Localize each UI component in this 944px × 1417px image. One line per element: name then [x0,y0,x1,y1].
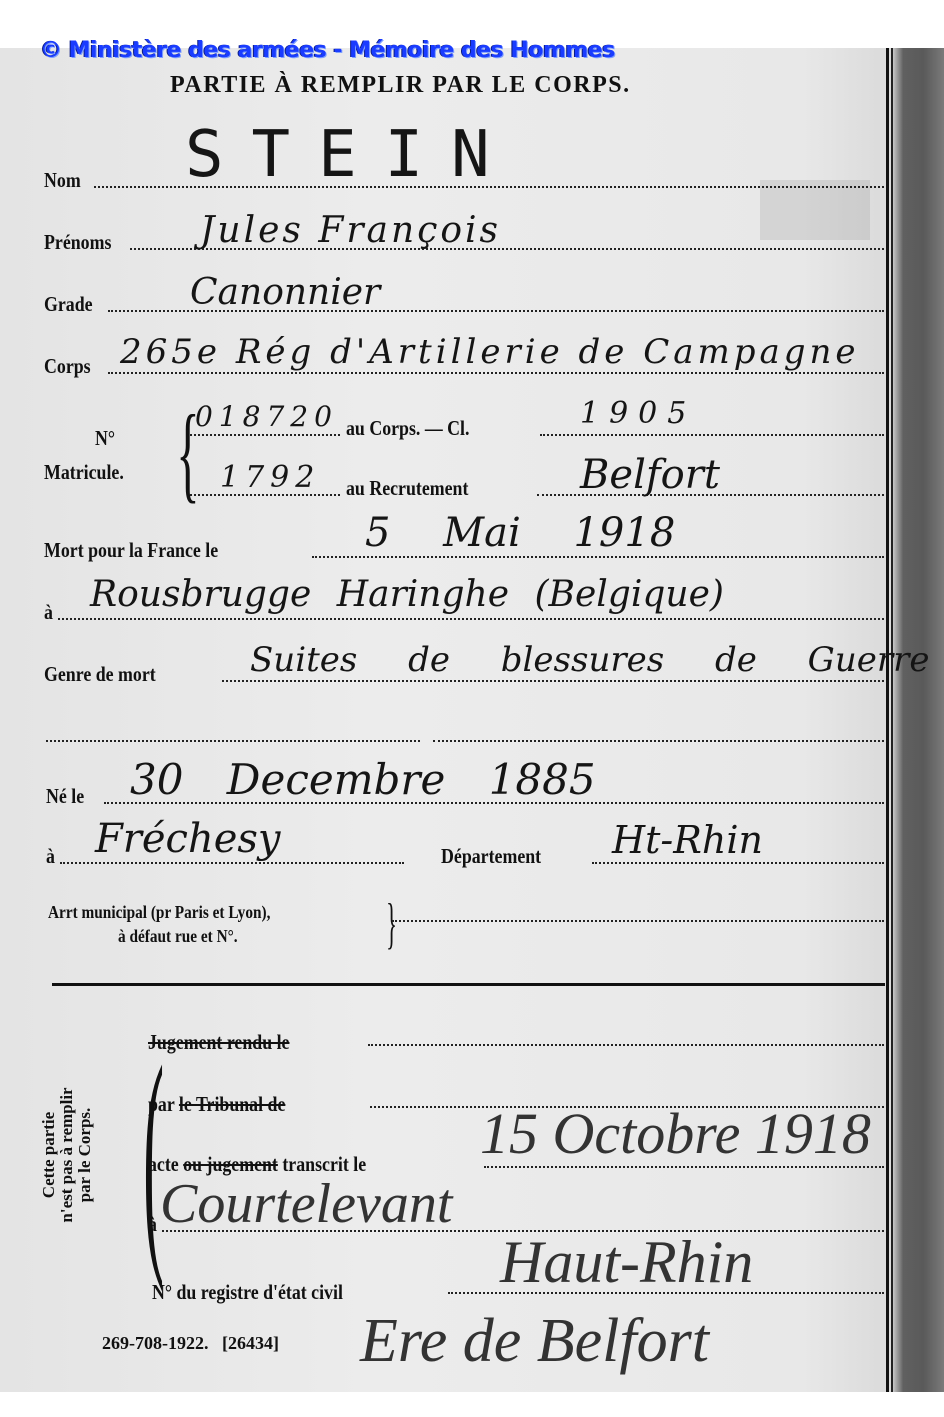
nom-label: Nom [44,168,81,193]
matricule-corps-number: 018720 [195,400,338,433]
page-binding-edge [893,48,944,1392]
arrondissement-brace: } [386,896,397,952]
arrondissement-label-1: Arrt municipal (pr Paris et Lyon), [48,902,270,923]
departement-value: Ht-Rhin [612,818,763,862]
corps-line [108,372,884,374]
side-note: Cette partie n'est pas à remplir par le … [40,1040,94,1270]
tribunal-label-plain: par [148,1092,174,1116]
arrondissement-label-2: à défaut rue et N°. [118,926,238,947]
jugement-a-value: Courtelevant [160,1172,452,1236]
registre-value: Haut-Rhin [500,1228,753,1297]
prenoms-label: Prénoms [44,230,111,255]
jugement-rendu-label: Jugement rendu le [148,1030,289,1055]
blank-line-left [46,740,420,742]
au-corps-label: au Corps. — Cl. [346,416,469,441]
mort-le-line [312,556,884,558]
acte-value: 15 Octobre 1918 [480,1100,871,1167]
departement-label: Département [441,844,541,869]
jugement-rendu-line [368,1044,884,1046]
matricule-classe: 1905 [580,396,696,431]
copyright-watermark: © Ministère des armées - Mémoire des Hom… [40,38,615,63]
blank-line-right [433,740,884,742]
matricule-recrutement-number: 1792 [220,460,320,495]
tribunal-label: par le Tribunal de [148,1092,285,1117]
au-recrutement-label: au Recrutement [346,476,468,501]
ne-le-label: Né le [46,784,84,809]
grade-value: Canonnier [190,272,380,313]
departement-line [592,862,884,864]
tribunal-label-struck: le Tribunal de [179,1092,285,1116]
corps-label: Corps [44,354,91,379]
matricule-recrutement: Belfort [580,452,720,498]
form-print-code: 269-708-1922. [26434] [102,1333,279,1354]
nom-value: STEIN [185,118,518,192]
corps-number-line [190,434,340,436]
border-line [886,48,889,1392]
mort-a-label: à [44,600,53,625]
genre-de-mort-label: Genre de mort [44,662,156,687]
arrondissement-line [392,920,884,922]
registre-label: N° du registre d'état civil [152,1280,343,1305]
ne-a-label: à [46,844,55,869]
matricule-no-label: N° [95,426,115,451]
prenoms-value: Jules François [200,210,501,251]
grade-label: Grade [44,292,93,317]
matricule-label: Matricule. [44,460,124,485]
form-title: PARTIE À REMPLIR PAR LE CORPS. [170,72,631,99]
genre-de-mort-line [222,680,884,682]
faded-stamp [760,180,870,240]
print-code: 269-708-1922. [102,1333,209,1353]
side-note-line1: Cette partie [40,1040,58,1270]
mort-le-value: 5 Mai 1918 [365,510,675,556]
handwritten-annotation: Ere de Belfort [360,1306,709,1377]
border-line [891,48,893,1392]
genre-de-mort-value: Suites de blessures de Guerre [250,640,929,680]
mort-a-value: Rousbrugge Haringhe (Belgique) [90,574,724,615]
corps-value: 265e Rég d'Artillerie de Campagne [120,332,860,372]
side-note-line2: n'est pas à remplir [58,1040,76,1270]
classe-line [540,434,884,436]
side-note-line3: par le Corps. [76,1040,94,1270]
section-divider [52,983,885,986]
mort-a-line [58,618,884,620]
ne-a-line [60,862,404,864]
jugement-a-label: à [148,1212,157,1237]
print-ref: [26434] [222,1333,279,1353]
ne-le-value: 30 Decembre 1885 [130,755,596,804]
ne-a-value: Fréchesy [95,816,281,862]
mort-le-label: Mort pour la France le [44,538,218,563]
